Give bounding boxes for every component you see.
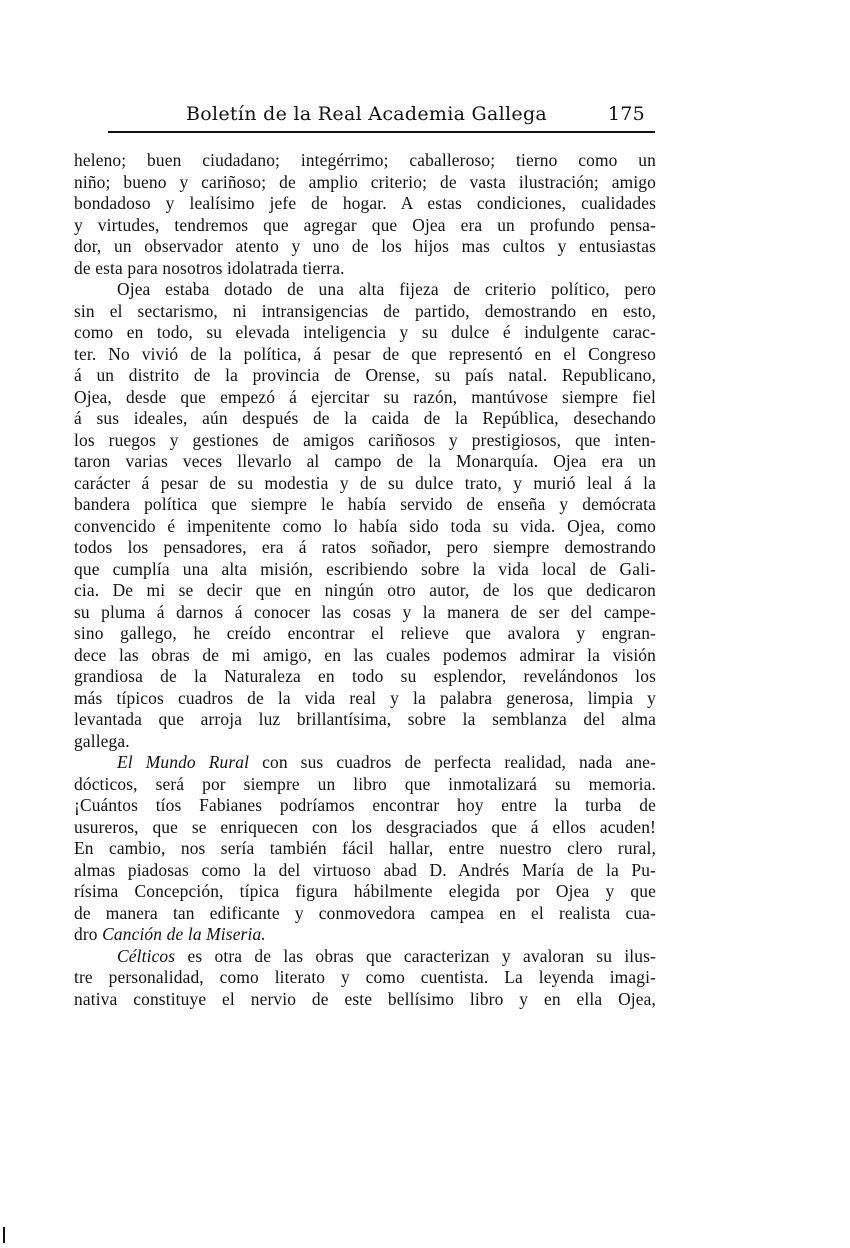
- text-line: cia. De mi se decir que en ningún otro a…: [74, 580, 656, 602]
- document-page: Boletín de la Real Academia Gallega 175 …: [0, 0, 850, 1248]
- text-line: gallega.: [74, 731, 656, 753]
- text-line: á un distrito de la provincia de Orense,…: [74, 365, 656, 387]
- text-line: sin el sectarismo, ni intransigencias de…: [74, 301, 656, 323]
- text-line: como en todo, su elevada inteligencia y …: [74, 322, 656, 344]
- italic-title: El Mundo Rural: [117, 752, 249, 772]
- text-line: más típicos cuadros de la vida real y la…: [74, 688, 656, 710]
- text-line: convencido é impenitente como lo había s…: [74, 516, 656, 538]
- text-line: y virtudes, tendremos que agregar que Oj…: [74, 215, 656, 237]
- text-line: El Mundo Rural con sus cuadros de perfec…: [74, 752, 656, 774]
- text-line: rísima Concepción, típica figura hábilme…: [74, 881, 656, 903]
- text-line: carácter á pesar de su modestia y de su …: [74, 473, 656, 495]
- text-line: que cumplía una alta misión, escribiendo…: [74, 559, 656, 581]
- text-line: En cambio, nos sería también fácil halla…: [74, 838, 656, 860]
- text-line: levantada que arroja luz brillantísima, …: [74, 709, 656, 731]
- paragraph-3: El Mundo Rural con sus cuadros de perfec…: [74, 752, 656, 946]
- running-head: Boletín de la Real Academia Gallega 175: [108, 101, 655, 129]
- page-number: 175: [608, 103, 645, 125]
- text-line: dor, un observador atento y uno de los h…: [74, 236, 656, 258]
- text-line: dócticos, será por siempre un libro que …: [74, 774, 656, 796]
- italic-title: Canción de la Miseria.: [102, 924, 266, 944]
- italic-title: Célticos: [117, 946, 175, 966]
- text-line: Ojea estaba dotado de una alta fijeza de…: [74, 279, 656, 301]
- paragraph-4: Célticos es otra de las obras que caract…: [74, 946, 656, 1011]
- header-rule: [108, 131, 655, 133]
- scan-edge-mark: [3, 1227, 5, 1243]
- paragraph-2: Ojea estaba dotado de una alta fijeza de…: [74, 279, 656, 752]
- text-line: dece las obras de mi amigo, en las cuale…: [74, 645, 656, 667]
- text-line: su pluma á darnos á conocer las cosas y …: [74, 602, 656, 624]
- text-line: todos los pensadores, era á ratos soñado…: [74, 537, 656, 559]
- text-line: taron varias veces llevarlo al campo de …: [74, 451, 656, 473]
- text-line: los ruegos y gestiones de amigos cariños…: [74, 430, 656, 452]
- text-line: dro Canción de la Miseria.: [74, 924, 656, 946]
- paragraph-1: heleno; buen ciudadano; integérrimo; cab…: [74, 150, 656, 279]
- text-line: Célticos es otra de las obras que caract…: [74, 946, 656, 968]
- text-line: nativa constituye el nervio de este bell…: [74, 989, 656, 1011]
- text-line: bondadoso y lealísimo jefe de hogar. A e…: [74, 193, 656, 215]
- text-line: ter. No vivió de la política, á pesar de…: [74, 344, 656, 366]
- text-line: tre personalidad, como literato y como c…: [74, 967, 656, 989]
- text-line: grandiosa de la Naturaleza en todo su es…: [74, 666, 656, 688]
- text-line: niño; bueno y cariñoso; de amplio criter…: [74, 172, 656, 194]
- text-line: bandera política que siempre le había se…: [74, 494, 656, 516]
- text-line: almas piadosas como la del virtuoso abad…: [74, 860, 656, 882]
- text-line: á sus ideales, aún después de la caida d…: [74, 408, 656, 430]
- journal-title: Boletín de la Real Academia Gallega: [186, 103, 547, 125]
- text-line: Ojea, desde que empezó á ejercitar su ra…: [74, 387, 656, 409]
- text-line: usureros, que se enriquecen con los desg…: [74, 817, 656, 839]
- text-line: de manera tan edificante y conmovedora c…: [74, 903, 656, 925]
- text-line: ¡Cuántos tíos Fabianes podríamos encontr…: [74, 795, 656, 817]
- text-line: heleno; buen ciudadano; integérrimo; cab…: [74, 150, 656, 172]
- text-line: de esta para nosotros idolatrada tierra.: [74, 258, 656, 280]
- text-line: sino gallego, he creído encontrar el rel…: [74, 623, 656, 645]
- body-text: heleno; buen ciudadano; integérrimo; cab…: [74, 150, 656, 1010]
